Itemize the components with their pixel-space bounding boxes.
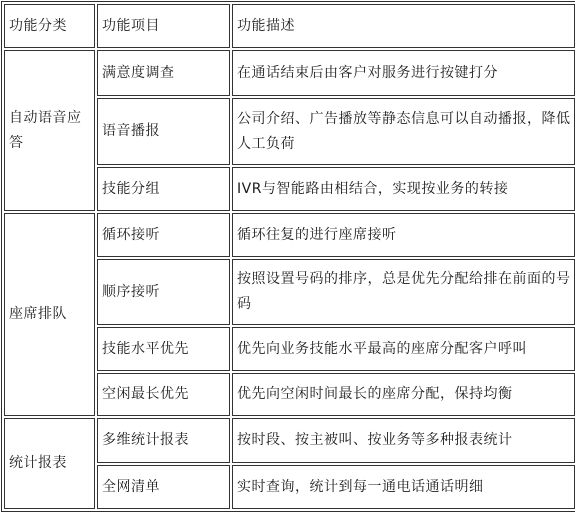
table-row: 座席排队循环接听循环往复的进行座席接听 <box>4 213 575 257</box>
description-cell: 优先向空闲时间最长的座席分配，保持均衡 <box>232 373 575 416</box>
column-header: 功能分类 <box>4 4 95 48</box>
category-cell: 统计报表 <box>4 418 95 509</box>
description-cell: 按时段、按主被叫、按业务等多种报表统计 <box>232 418 575 463</box>
table-body: 自动语音应答满意度调查在通话结束后由客户对服务进行按键打分语音播报公司介绍、广告… <box>4 50 575 509</box>
item-cell: 满意度调查 <box>97 50 230 96</box>
item-cell: 空闲最长优先 <box>97 373 230 416</box>
column-header: 功能描述 <box>232 4 575 48</box>
item-cell: 技能水平优先 <box>97 327 230 371</box>
item-cell: 语音播报 <box>97 98 230 165</box>
description-cell: 优先向业务技能水平最高的座席分配客户呼叫 <box>232 327 575 371</box>
table-header: 功能分类功能项目功能描述 <box>4 4 575 48</box>
item-cell: 顺序接听 <box>97 259 230 325</box>
description-cell: 按照设置号码的排序，总是优先分配给排在前面的号码 <box>232 259 575 325</box>
item-cell: 多维统计报表 <box>97 418 230 463</box>
description-cell: 实时查询，统计到每一通电话通话明细 <box>232 465 575 509</box>
category-cell: 座席排队 <box>4 213 95 416</box>
column-header: 功能项目 <box>97 4 230 48</box>
description-cell: IVR与智能路由相结合，实现按业务的转接 <box>232 167 575 211</box>
item-cell: 全网清单 <box>97 465 230 509</box>
category-cell: 自动语音应答 <box>4 50 95 211</box>
feature-table: 功能分类功能项目功能描述 自动语音应答满意度调查在通话结束后由客户对服务进行按键… <box>1 1 575 512</box>
description-cell: 循环往复的进行座席接听 <box>232 213 575 257</box>
table-row: 统计报表多维统计报表按时段、按主被叫、按业务等多种报表统计 <box>4 418 575 463</box>
item-cell: 循环接听 <box>97 213 230 257</box>
description-cell: 公司介绍、广告播放等静态信息可以自动播报，降低人工负荷 <box>232 98 575 165</box>
description-cell: 在通话结束后由客户对服务进行按键打分 <box>232 50 575 96</box>
header-row: 功能分类功能项目功能描述 <box>4 4 575 48</box>
item-cell: 技能分组 <box>97 167 230 211</box>
table-row: 自动语音应答满意度调查在通话结束后由客户对服务进行按键打分 <box>4 50 575 96</box>
page: 功能分类功能项目功能描述 自动语音应答满意度调查在通话结束后由客户对服务进行按键… <box>0 0 575 512</box>
